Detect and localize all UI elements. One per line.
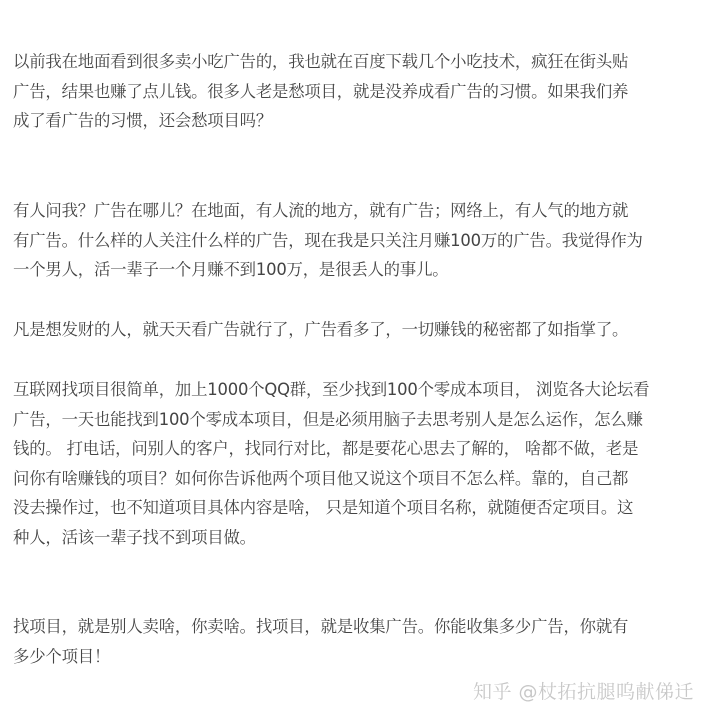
text-line: 广告，一天也能找到100个零成本项目，但是必须用脑子去思考别人是怎么运作，怎么赚 (13, 405, 713, 435)
paragraph-1: 以前我在地面看到很多卖小吃广告的，我也就在百度下载几个小吃技术，疯狂在街头贴 广… (13, 47, 713, 136)
text-line: 有广告。什么样的人关注什么样的广告，现在我是只关注月赚100万的广告。我觉得作为 (13, 226, 713, 256)
text-line: 以前我在地面看到很多卖小吃广告的，我也就在百度下载几个小吃技术，疯狂在街头贴 (13, 47, 713, 77)
paragraph-2: 有人问我？广告在哪儿？在地面，有人流的地方，就有广告；网络上，有人气的地方就 有… (13, 196, 713, 285)
text-line: 钱的。 打电话，问别人的客户，找同行对比，都是要花心思去了解的， 啥都不做，老是 (13, 434, 713, 464)
paragraph-3: 凡是想发财的人，就天天看广告就行了，广告看多了，一切赚钱的秘密都了如指掌了。 (13, 315, 713, 345)
text-line: 成了看广告的习惯，还会愁项目吗？ (13, 106, 713, 136)
text-line: 问你有啥赚钱的项目？如何你告诉他两个项目他又说这个项目不怎么样。靠的，自己都 (13, 464, 713, 494)
paragraph-5: 找项目，就是别人卖啥，你卖啥。找项目，就是收集广告。你能收集多少广告，你就有 多… (13, 612, 713, 671)
text-line: 广告，结果也赚了点儿钱。很多人老是愁项目，就是没养成看广告的习惯。如果我们养 (13, 77, 713, 107)
text-line: 没去操作过，也不知道项目具体内容是啥， 只是知道个项目名称，就随便否定项目。这 (13, 493, 713, 523)
text-line: 一个男人，活一辈子一个月赚不到100万，是很丢人的事儿。 (13, 255, 713, 285)
paragraph-4: 互联网找项目很简单，加上1000个QQ群，至少找到100个零成本项目， 浏览各大… (13, 375, 713, 552)
text-line: 种人，活该一辈子找不到项目做。 (13, 523, 713, 553)
text-line: 找项目，就是别人卖啥，你卖啥。找项目，就是收集广告。你能收集多少广告，你就有 (13, 612, 713, 642)
text-line: 凡是想发财的人，就天天看广告就行了，广告看多了，一切赚钱的秘密都了如指掌了。 (13, 315, 713, 345)
text-line: 互联网找项目很简单，加上1000个QQ群，至少找到100个零成本项目， 浏览各大… (13, 375, 713, 405)
text-line: 多少个项目！ (13, 642, 713, 672)
text-line: 有人问我？广告在哪儿？在地面，有人流的地方，就有广告；网络上，有人气的地方就 (13, 196, 713, 226)
zhihu-watermark: 知乎 @杖拓抗腿呜献俤迁 (473, 677, 694, 704)
